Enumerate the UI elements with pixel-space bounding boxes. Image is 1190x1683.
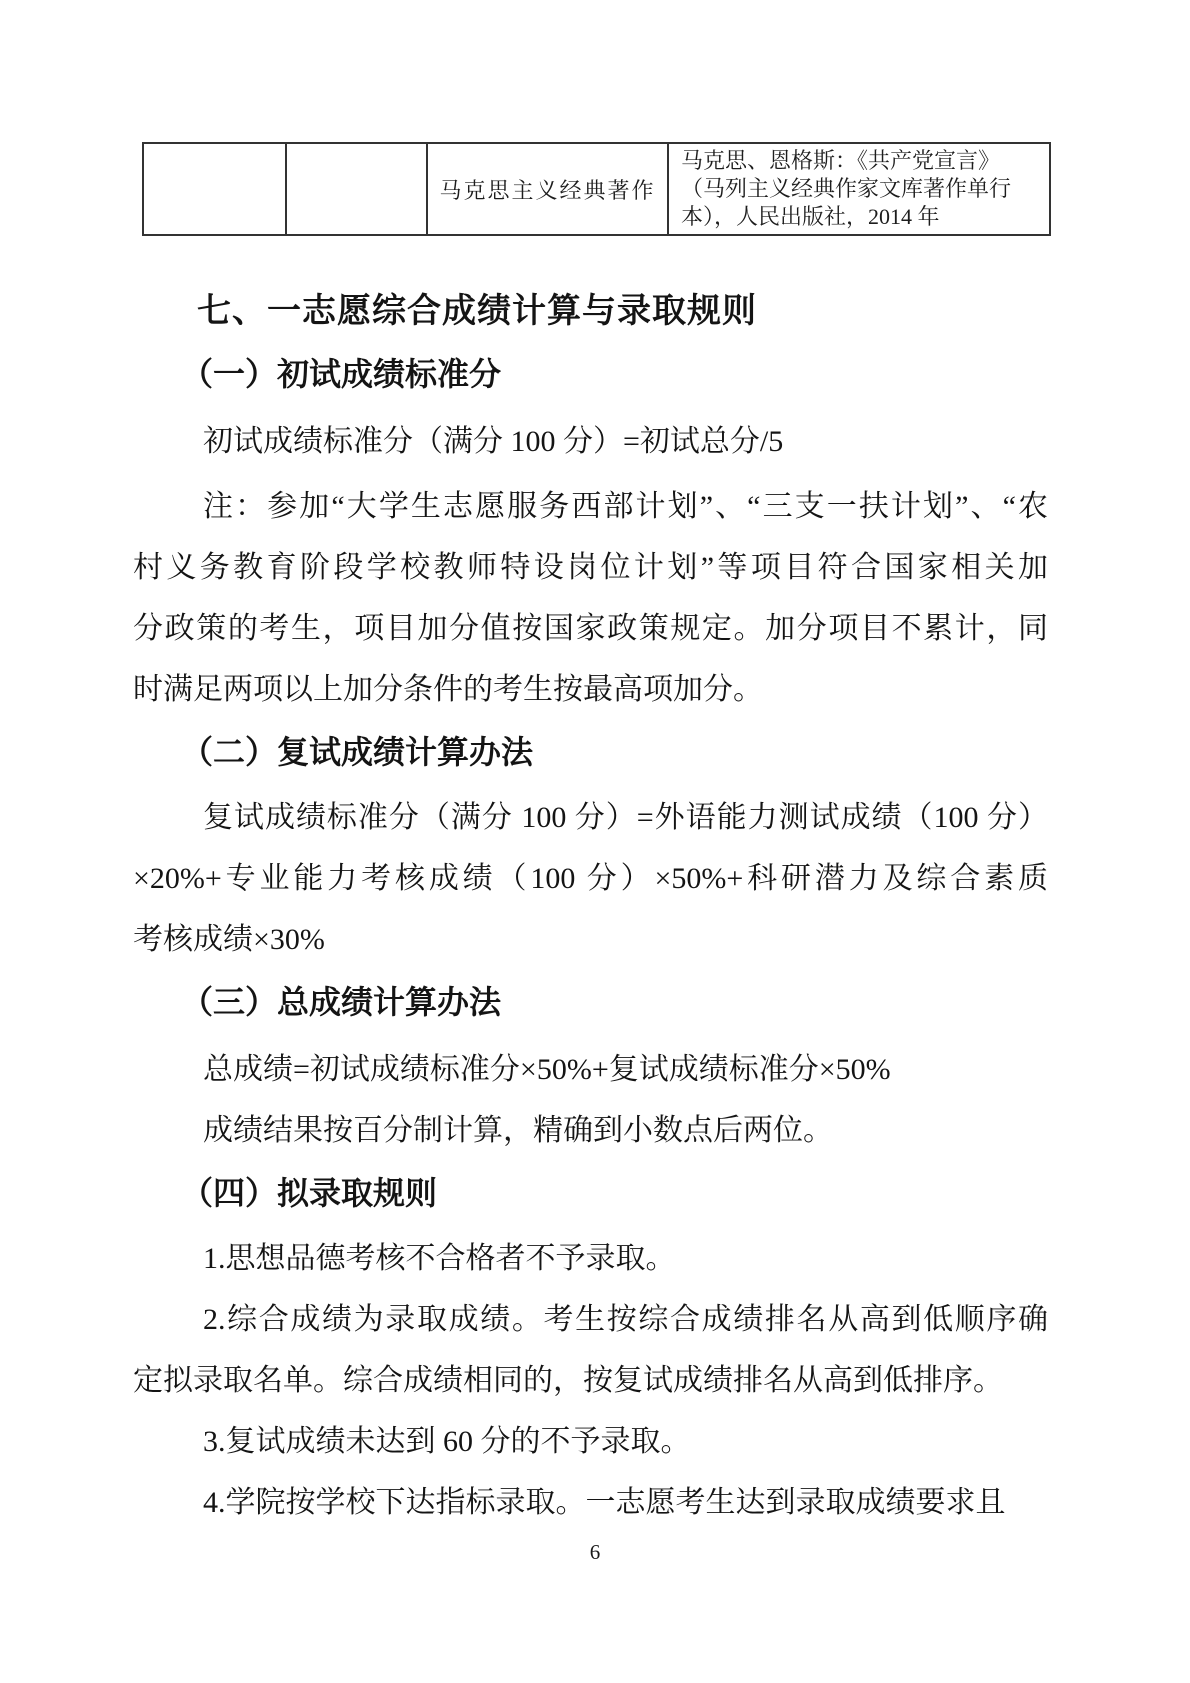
admission-rule-4: 4.学院按学校下达指标录取。一志愿考生达到录取成绩要求且	[133, 1472, 1048, 1533]
note-line: 村义务教育阶段学校教师特设岗位计划”等项目符合国家相关加	[133, 537, 1048, 598]
retest-formula-line: 复试成绩标准分（满分 100 分）=外语能力测试成绩（100 分）	[133, 787, 1048, 848]
reference-line: 马克思、恩格斯：《共产党宣言》	[681, 147, 1039, 175]
note-line: 时满足两项以上加分条件的考生按最高项加分。	[133, 659, 1048, 720]
subsection-heading-3: （三）总成绩计算办法	[133, 972, 1048, 1033]
document-page: 马克思主义经典著作 马克思、恩格斯：《共产党宣言》 （马列主义经典作家文库著作单…	[0, 0, 1190, 1683]
table-cell-subject: 马克思主义经典著作	[427, 143, 668, 235]
reference-line: （马列主义经典作家文库著作单行	[681, 175, 1039, 203]
subsection-heading-2: （二）复试成绩计算办法	[133, 722, 1048, 783]
section-title: 七、一志愿综合成绩计算与录取规则	[133, 281, 1048, 342]
reference-books-table: 马克思主义经典著作 马克思、恩格斯：《共产党宣言》 （马列主义经典作家文库著作单…	[142, 142, 1051, 236]
page-number: 6	[0, 1540, 1190, 1565]
retest-formula-line: ×20%+专业能力考核成绩（100 分）×50%+科研潜力及综合素质	[133, 848, 1048, 909]
rule-2-line: 定拟录取名单。综合成绩相同的，按复试成绩排名从高到低排序。	[133, 1350, 1048, 1411]
note-paragraph: 注：参加“大学生志愿服务西部计划”、“三支一扶计划”、“农 村义务教育阶段学校教…	[133, 476, 1048, 720]
retest-formula-paragraph: 复试成绩标准分（满分 100 分）=外语能力测试成绩（100 分） ×20%+专…	[133, 787, 1048, 970]
table-cell-empty-2	[286, 143, 427, 235]
note-line: 注：参加“大学生志愿服务西部计划”、“三支一扶计划”、“农	[133, 476, 1048, 537]
subsection-heading-4: （四）拟录取规则	[133, 1163, 1048, 1224]
note-line: 分政策的考生，项目加分值按国家政策规定。加分项目不累计，同	[133, 598, 1048, 659]
formula-initial-score: 初试成绩标准分（满分 100 分）=初试总分/5	[133, 411, 1048, 472]
table-row: 马克思主义经典著作 马克思、恩格斯：《共产党宣言》 （马列主义经典作家文库著作单…	[143, 143, 1050, 235]
table-cell-empty-1	[143, 143, 286, 235]
table-cell-reference: 马克思、恩格斯：《共产党宣言》 （马列主义经典作家文库著作单行 本），人民出版社…	[668, 143, 1050, 235]
admission-rule-1: 1.思想品德考核不合格者不予录取。	[133, 1228, 1048, 1289]
admission-rule-2: 2.综合成绩为录取成绩。考生按综合成绩排名从高到低顺序确 定拟录取名单。综合成绩…	[133, 1289, 1048, 1411]
document-body: 七、一志愿综合成绩计算与录取规则 （一）初试成绩标准分 初试成绩标准分（满分 1…	[133, 281, 1048, 1533]
total-score-note: 成绩结果按百分制计算，精确到小数点后两位。	[133, 1100, 1048, 1161]
formula-total-score: 总成绩=初试成绩标准分×50%+复试成绩标准分×50%	[133, 1039, 1048, 1100]
subsection-heading-1: （一）初试成绩标准分	[133, 344, 1048, 405]
retest-formula-line: 考核成绩×30%	[133, 909, 1048, 970]
admission-rule-3: 3.复试成绩未达到 60 分的不予录取。	[133, 1411, 1048, 1472]
rule-2-line: 2.综合成绩为录取成绩。考生按综合成绩排名从高到低顺序确	[133, 1289, 1048, 1350]
reference-line: 本），人民出版社，2014 年	[681, 203, 1039, 231]
